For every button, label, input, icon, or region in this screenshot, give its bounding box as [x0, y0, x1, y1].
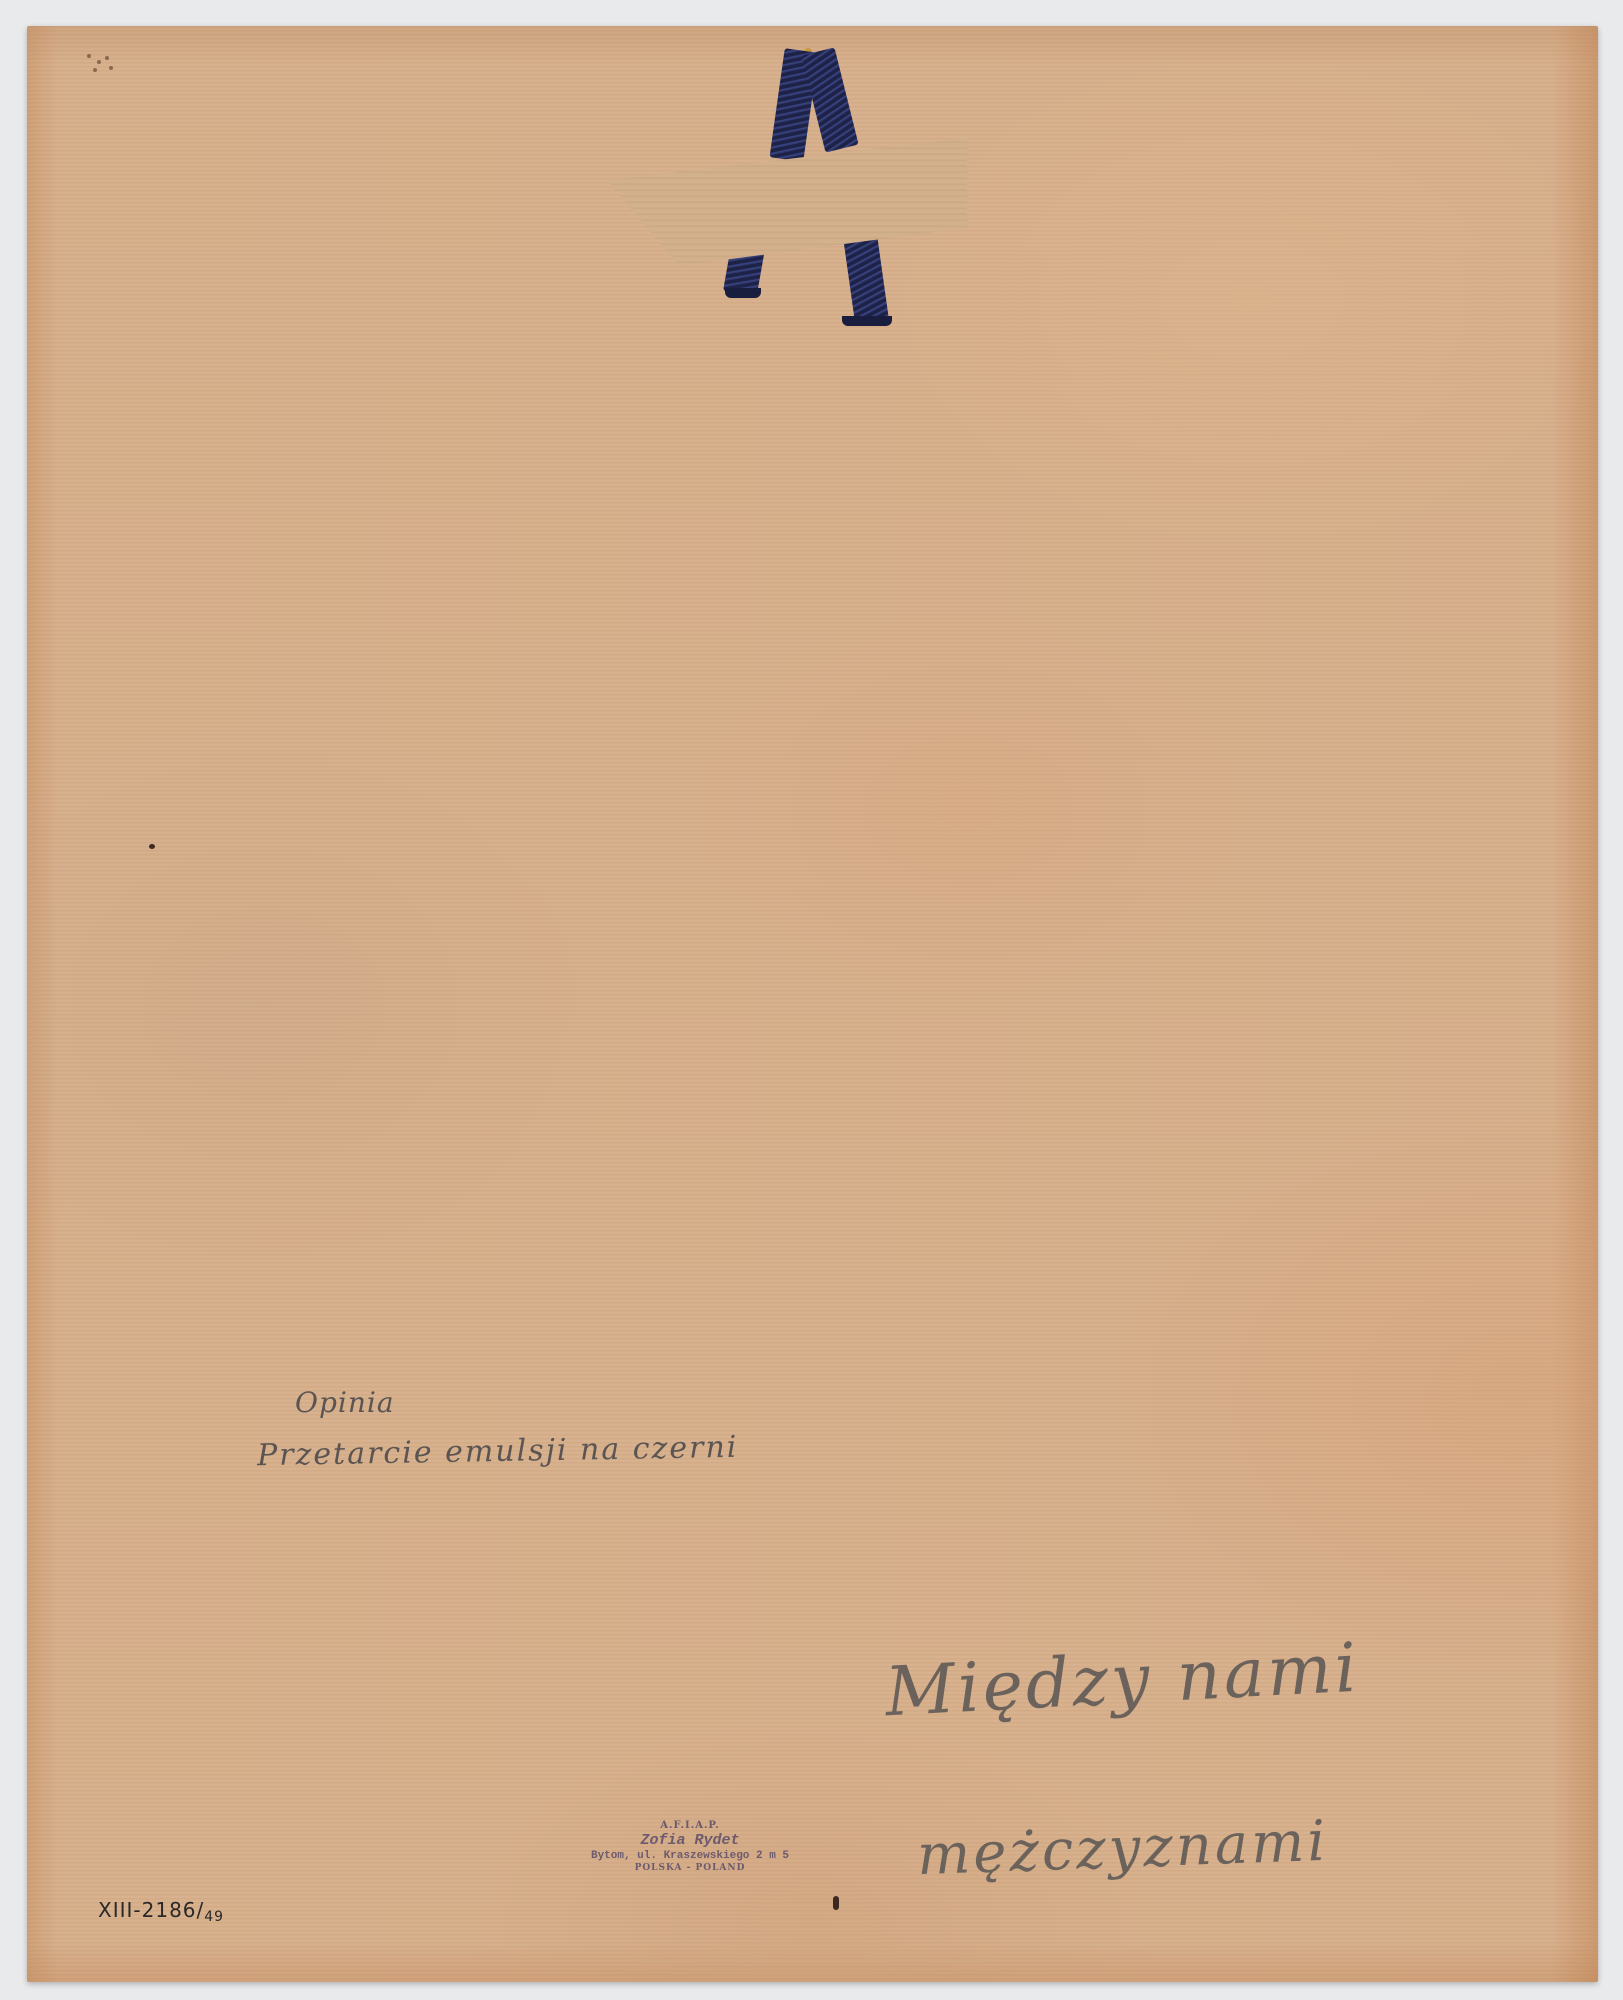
- inventory-main: XIII-2186/: [98, 1898, 204, 1922]
- condition-note: Przetarcie emulsji na czerni: [257, 1430, 739, 1473]
- stamp-country: POLSKA - POLAND: [560, 1863, 820, 1874]
- ink-dot: [149, 844, 155, 849]
- inventory-suffix: 49: [204, 1909, 224, 1925]
- stamp-address: Bytom, ul. Kraszewskiego 2 m 5: [560, 1850, 820, 1863]
- photographer-stamp: A.F.I.A.P. Zofia Rydet Bytom, ul. Krasze…: [560, 1820, 820, 1874]
- stamp-name: Zofia Rydet: [560, 1832, 820, 1850]
- title-line-2: mężczyznami: [916, 1809, 1329, 1888]
- inventory-number: XIII-2186/49: [98, 1898, 224, 1925]
- photo-mount-verso: Opinia Przetarcie emulsji na czerni Międ…: [27, 26, 1598, 1982]
- note-opinia: Opinia: [295, 1386, 395, 1419]
- stamp-afiap: A.F.I.A.P.: [560, 1820, 820, 1832]
- title-line-1: Między nami: [883, 1629, 1361, 1733]
- ink-mark: [833, 1896, 839, 1910]
